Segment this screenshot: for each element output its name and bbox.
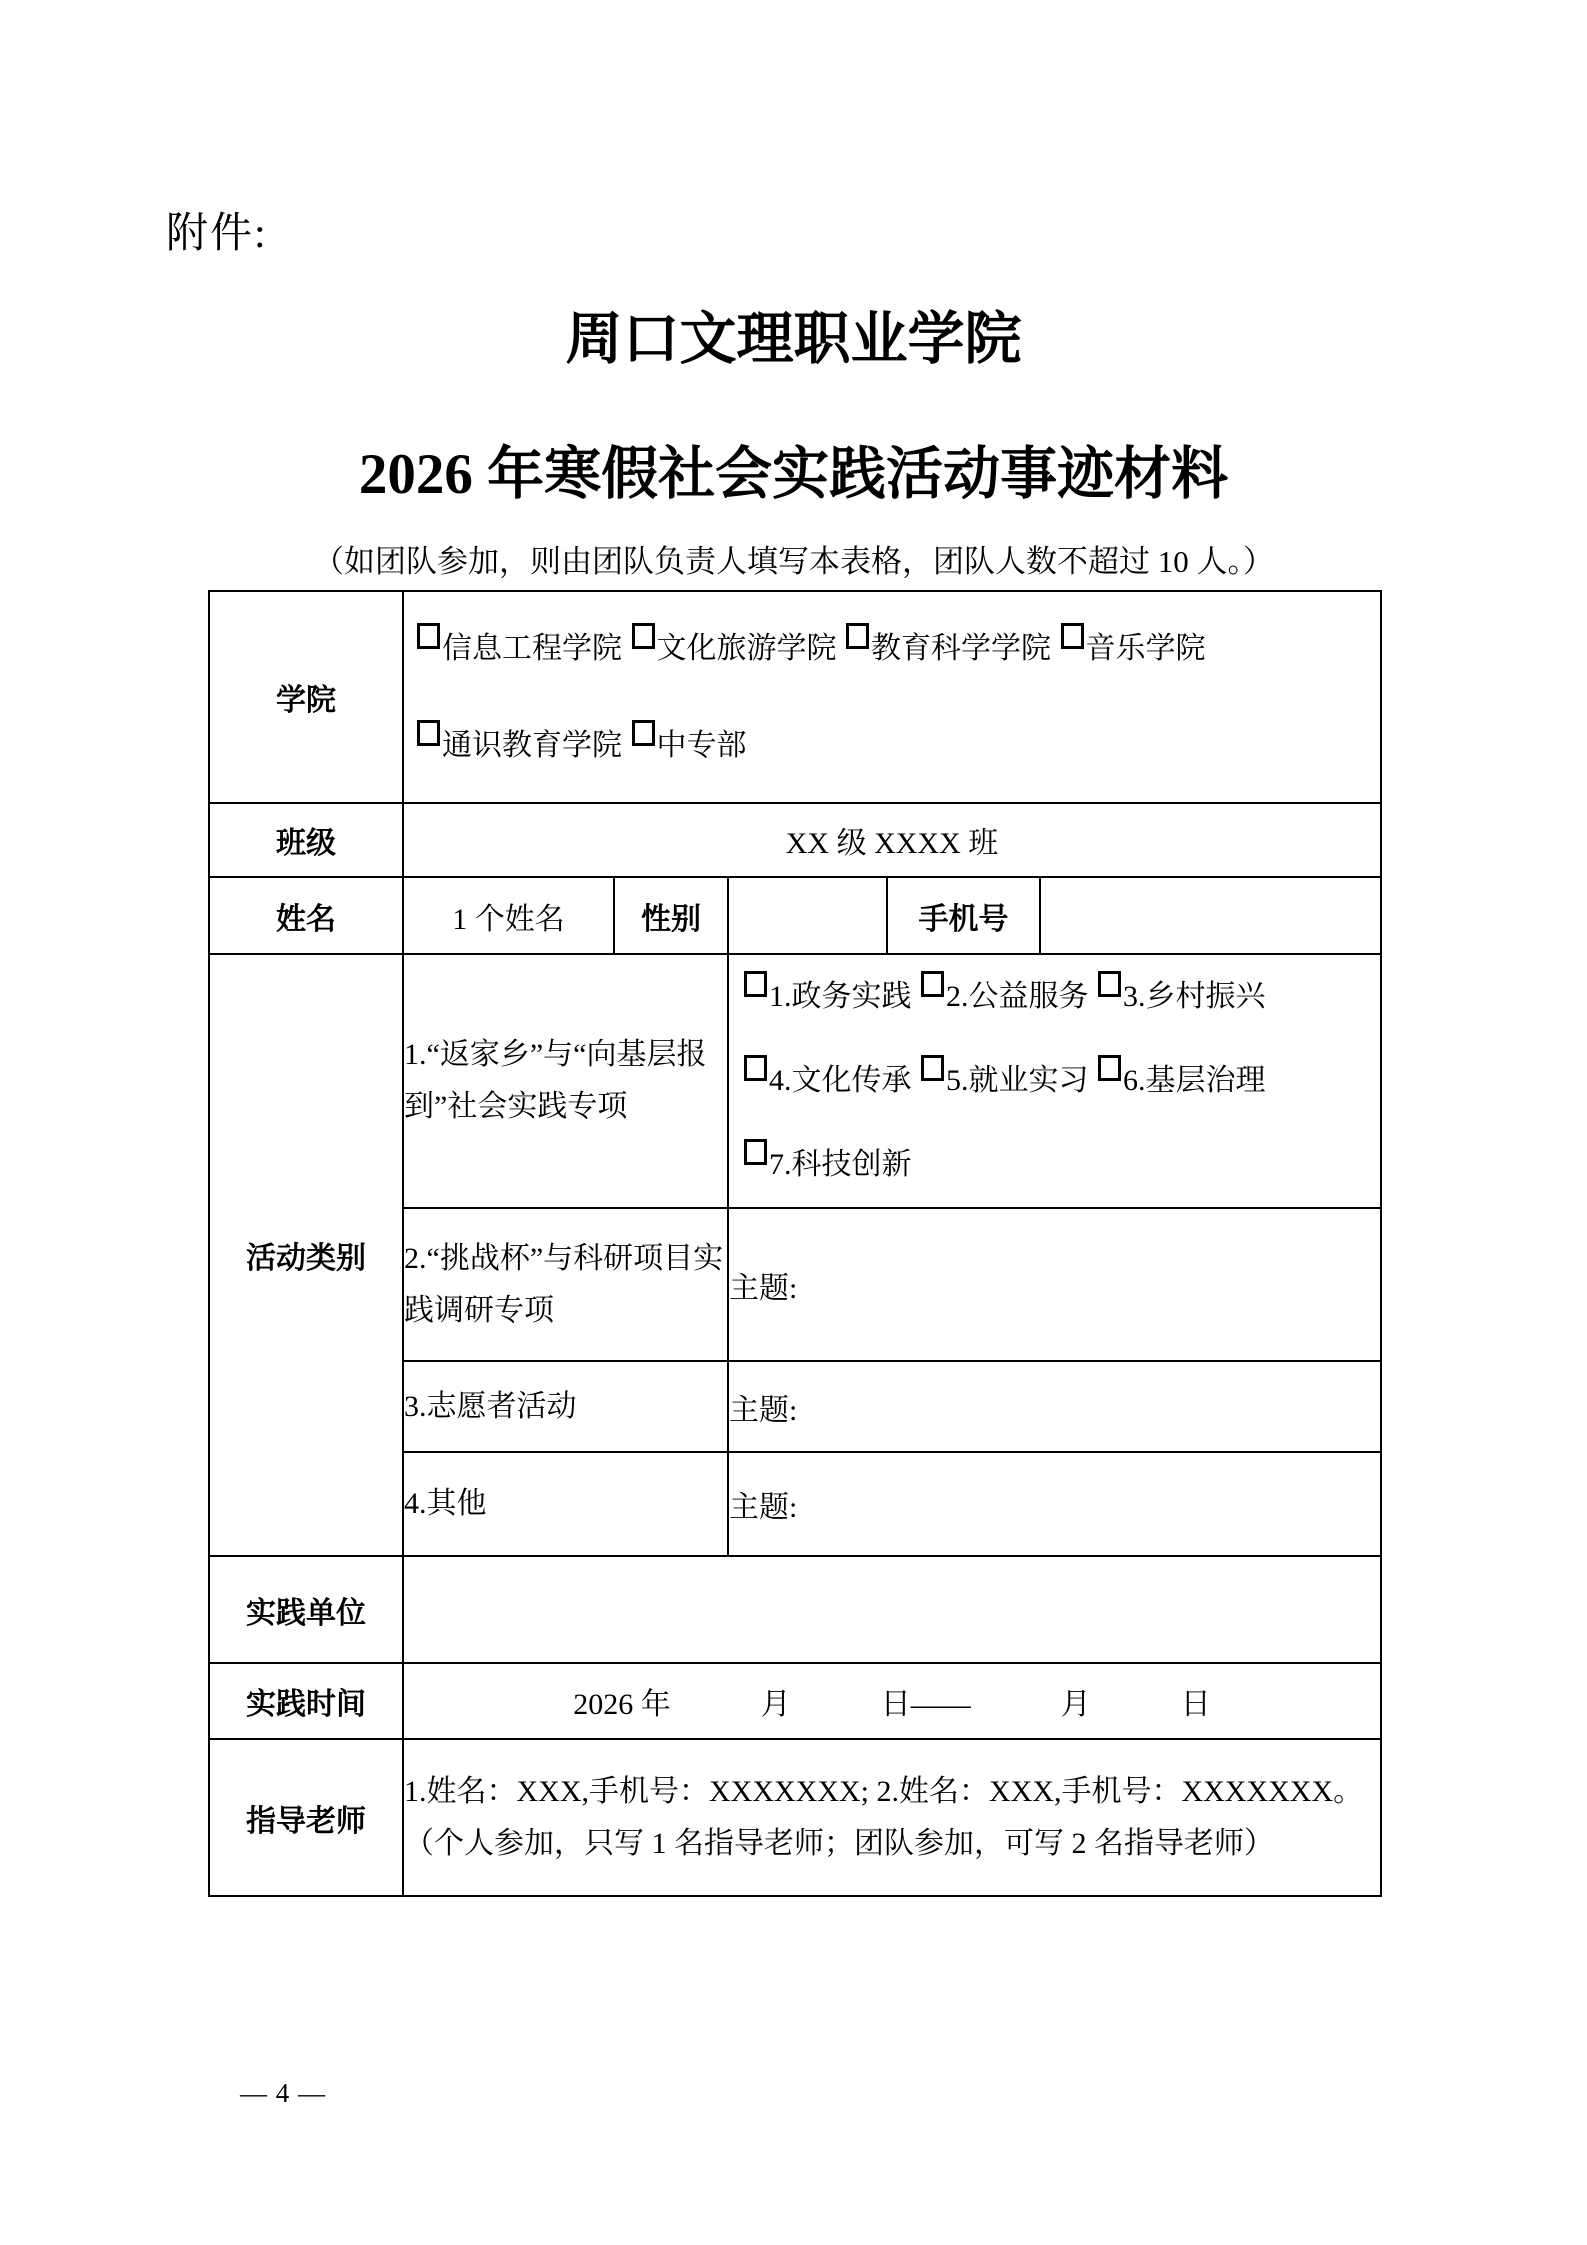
page-number: — 4 — <box>240 2078 326 2109</box>
college-option-label: 文化旅游学院 <box>657 632 837 665</box>
document-subtitle: 2026 年寒假社会实践活动事迹材料 <box>0 428 1587 510</box>
activity-option-label: 1.政务实践 <box>769 980 912 1013</box>
team-note: （如团队参加，则由团队负责人填写本表格，团队人数不超过 10 人。） <box>0 536 1587 581</box>
activity-options-line2: 4.文化传承 5.就业实习 6.基层治理 <box>744 1039 1380 1123</box>
practice-unit-label: 实践单位 <box>209 1556 403 1663</box>
gender-label: 性别 <box>614 877 728 954</box>
college-option-label: 中专部 <box>657 729 747 762</box>
class-row: 班级 XX 级 XXXX 班 <box>209 803 1381 877</box>
college-option: 文化旅游学院 <box>632 632 837 665</box>
checkbox-icon[interactable] <box>1098 1055 1121 1081</box>
activity-option-label: 4.文化传承 <box>769 1064 912 1097</box>
activity-option: 7.科技创新 <box>744 1148 912 1181</box>
advisor-row: 指导老师 1.姓名：XXX,手机号：XXXXXXX; 2.姓名：XXX,手机号：… <box>209 1739 1381 1896</box>
attachment-label: 附件: <box>166 200 268 260</box>
activity-category-2: 2.“挑战杯”与科研项目实践调研专项 <box>403 1208 728 1361</box>
topic-cell-4[interactable]: 主题: <box>728 1452 1381 1556</box>
college-option-label: 信息工程学院 <box>442 632 622 665</box>
college-options-line1: 信息工程学院 文化旅游学院 教育科学学院 音乐学院 <box>417 600 1380 697</box>
advisor-value: 1.姓名：XXX,手机号：XXXXXXX; 2.姓名：XXX,手机号：XXXXX… <box>403 1739 1381 1896</box>
name-label: 姓名 <box>209 877 403 954</box>
name-value[interactable]: 1 个姓名 <box>403 877 614 954</box>
checkbox-icon[interactable] <box>1061 623 1084 649</box>
checkbox-icon[interactable] <box>921 1055 944 1081</box>
advisor-label: 指导老师 <box>209 1739 403 1896</box>
activity-option-label: 3.乡村振兴 <box>1123 980 1266 1013</box>
practice-time-value[interactable]: 2026 年 月 日—— 月 日 <box>403 1663 1381 1739</box>
college-row: 学院 信息工程学院 文化旅游学院 教育科学学院 音乐学院 通识教育学院 中专部 <box>209 591 1381 803</box>
activity-options-line3: 7.科技创新 <box>744 1123 1380 1207</box>
checkbox-icon[interactable] <box>1098 971 1121 997</box>
college-option-label: 音乐学院 <box>1086 632 1206 665</box>
activity-options-cell: 1.政务实践 2.公益服务 3.乡村振兴 4.文化传承 5.就业实习 6.基层治… <box>728 954 1381 1208</box>
activity-category-1: 1.“返家乡”与“向基层报到”社会实践专项 <box>403 954 728 1208</box>
activity-option: 1.政务实践 <box>744 980 912 1013</box>
practice-unit-value-cell[interactable] <box>403 1556 1381 1663</box>
phone-label: 手机号 <box>887 877 1040 954</box>
topic-label: 主题: <box>729 1394 797 1427</box>
practice-time-row: 实践时间 2026 年 月 日—— 月 日 <box>209 1663 1381 1739</box>
topic-cell-2[interactable]: 主题: <box>728 1208 1381 1361</box>
form-table: 学院 信息工程学院 文化旅游学院 教育科学学院 音乐学院 通识教育学院 中专部 <box>208 590 1382 1897</box>
phone-value-cell[interactable] <box>1040 877 1381 954</box>
gender-value-cell[interactable] <box>728 877 887 954</box>
activity-options-line1: 1.政务实践 2.公益服务 3.乡村振兴 <box>744 955 1380 1039</box>
college-option: 音乐学院 <box>1061 632 1206 665</box>
practice-unit-row: 实践单位 <box>209 1556 1381 1663</box>
checkbox-icon[interactable] <box>744 1139 767 1165</box>
checkbox-icon[interactable] <box>921 971 944 997</box>
college-option: 中专部 <box>632 729 747 762</box>
checkbox-icon[interactable] <box>744 1055 767 1081</box>
college-label: 学院 <box>209 591 403 803</box>
activity-option-label: 6.基层治理 <box>1123 1064 1266 1097</box>
practice-time-label: 实践时间 <box>209 1663 403 1739</box>
checkbox-icon[interactable] <box>632 720 655 746</box>
college-option-label: 教育科学学院 <box>871 632 1051 665</box>
class-label: 班级 <box>209 803 403 877</box>
college-options-line2: 通识教育学院 中专部 <box>417 697 1380 794</box>
activity-option: 6.基层治理 <box>1098 1064 1266 1097</box>
college-option: 信息工程学院 <box>417 632 622 665</box>
activity-option-label: 5.就业实习 <box>946 1064 1089 1097</box>
college-option: 通识教育学院 <box>417 729 622 762</box>
college-option-label: 通识教育学院 <box>442 729 622 762</box>
college-options-cell: 信息工程学院 文化旅游学院 教育科学学院 音乐学院 通识教育学院 中专部 <box>403 591 1381 803</box>
activity-option: 5.就业实习 <box>921 1064 1089 1097</box>
activity-label: 活动类别 <box>209 954 403 1556</box>
activity-option-label: 7.科技创新 <box>769 1148 912 1181</box>
college-option: 教育科学学院 <box>846 632 1051 665</box>
name-row: 姓名 1 个姓名 性别 手机号 <box>209 877 1381 954</box>
document-page: 附件: 周口文理职业学院 2026 年寒假社会实践活动事迹材料 （如团队参加，则… <box>0 0 1587 2245</box>
topic-cell-3[interactable]: 主题: <box>728 1361 1381 1452</box>
activity-option: 3.乡村振兴 <box>1098 980 1266 1013</box>
checkbox-icon[interactable] <box>417 623 440 649</box>
activity-option-label: 2.公益服务 <box>946 980 1089 1013</box>
checkbox-icon[interactable] <box>846 623 869 649</box>
checkbox-icon[interactable] <box>417 720 440 746</box>
checkbox-icon[interactable] <box>632 623 655 649</box>
topic-label: 主题: <box>729 1491 797 1524</box>
checkbox-icon[interactable] <box>744 971 767 997</box>
topic-label: 主题: <box>729 1272 797 1305</box>
activity-option: 2.公益服务 <box>921 980 1089 1013</box>
class-value[interactable]: XX 级 XXXX 班 <box>403 803 1381 877</box>
activity-row-1: 活动类别 1.“返家乡”与“向基层报到”社会实践专项 1.政务实践 2.公益服务… <box>209 954 1381 1208</box>
activity-option: 4.文化传承 <box>744 1064 912 1097</box>
activity-category-3: 3.志愿者活动 <box>403 1361 728 1452</box>
activity-category-4: 4.其他 <box>403 1452 728 1556</box>
document-title: 周口文理职业学院 <box>0 293 1587 375</box>
